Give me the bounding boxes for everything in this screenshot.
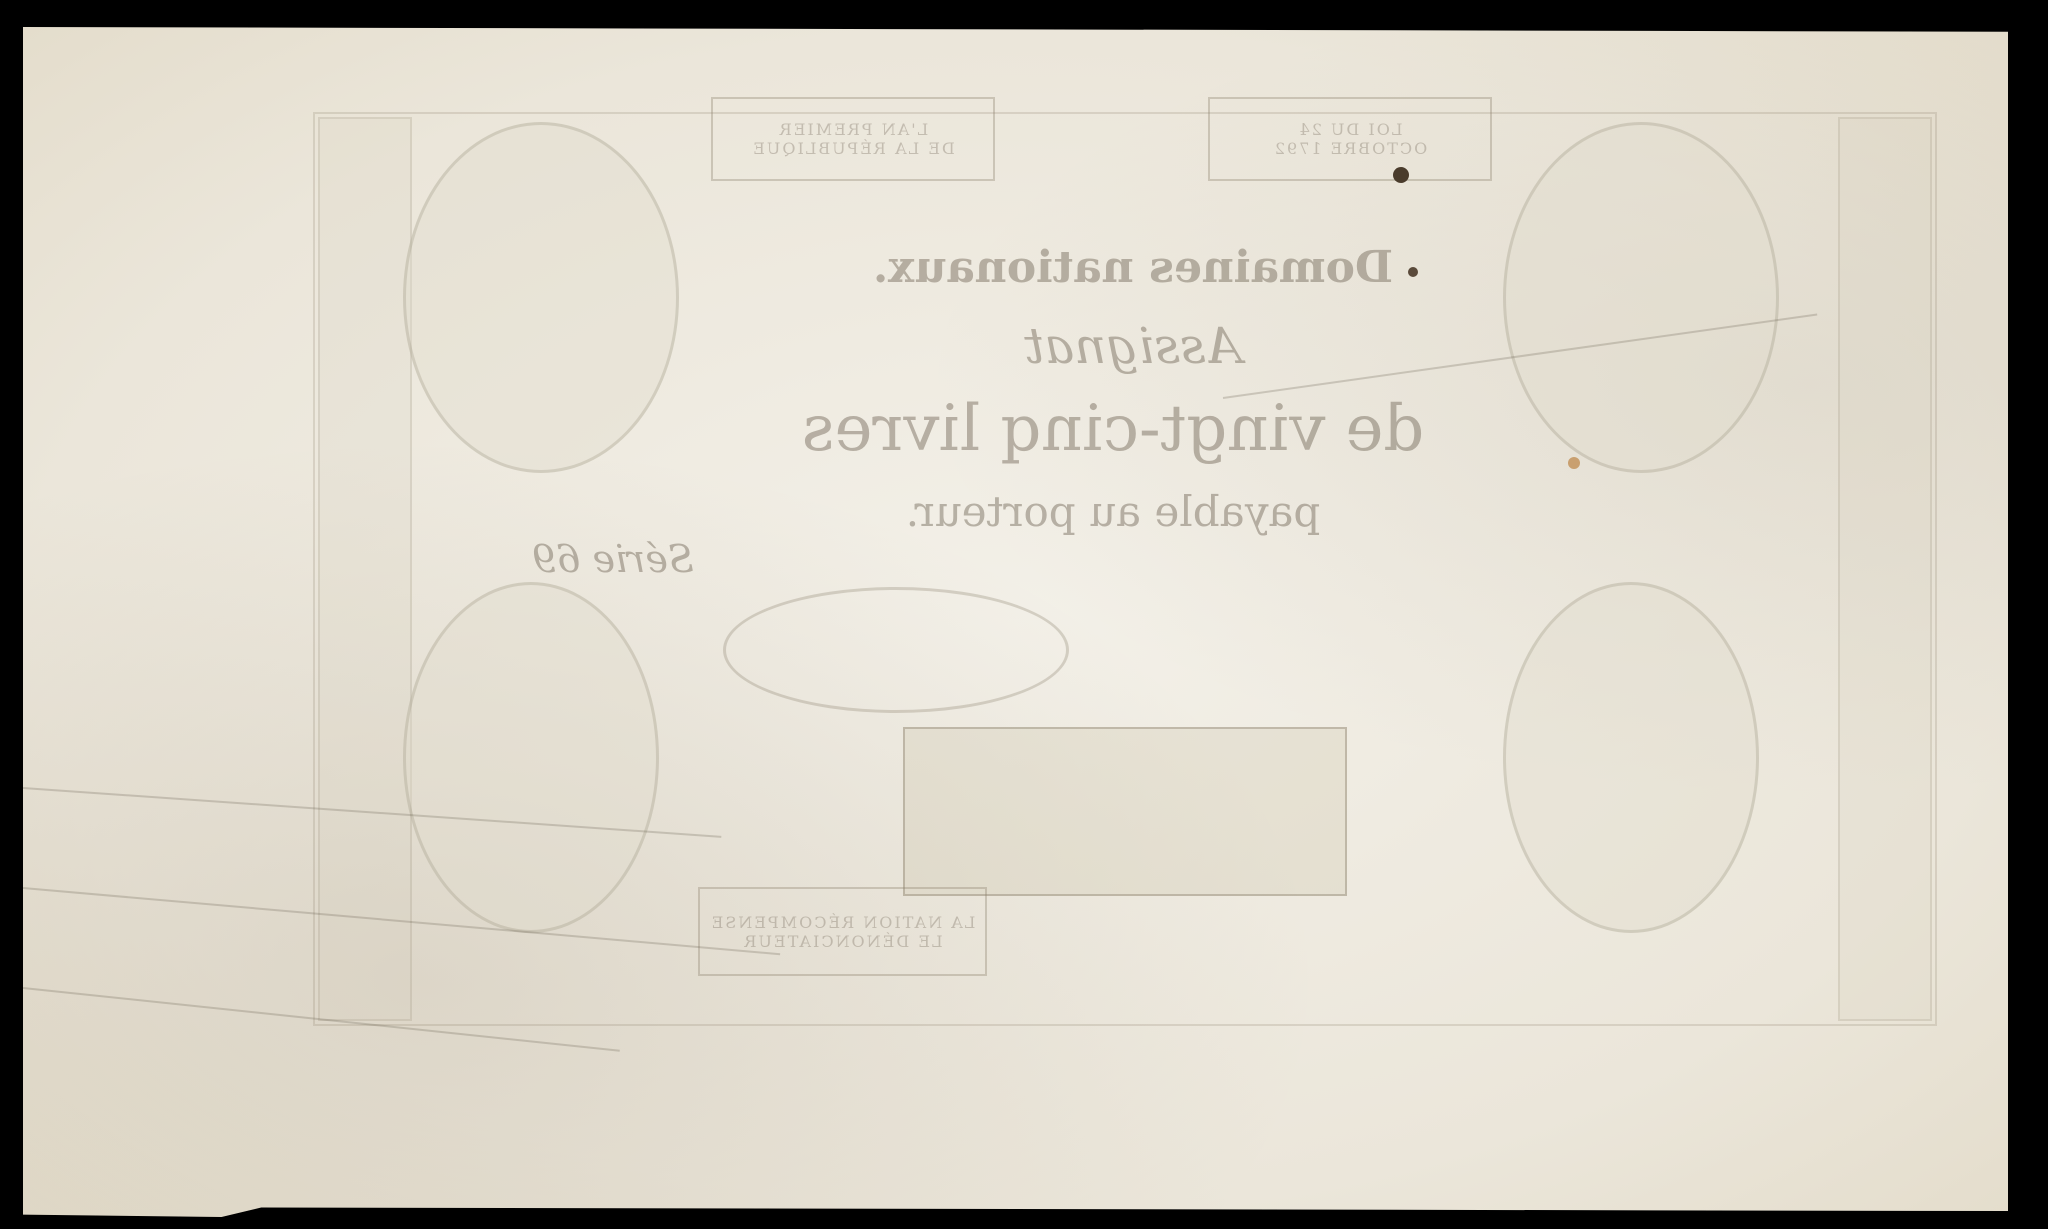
right-border-strip <box>1838 117 1932 1021</box>
footer-box: LA NATION RÉCOMPENSE LE DÉNONCIATEUR <box>698 887 987 976</box>
oval-medallion-bottom-right <box>1503 582 1759 933</box>
header-left-line1: L'AN PREMIER <box>778 120 929 139</box>
header-right-line2: OCTOBRE 1792 <box>1273 139 1427 158</box>
left-border-strip <box>318 117 412 1021</box>
dry-seal-rectangle <box>903 727 1347 896</box>
payable-text: payable au porteur. <box>853 487 1373 536</box>
header-right-line1: LOI DU 24 <box>1298 120 1403 139</box>
ink-spot <box>1393 167 1409 183</box>
stain-spot <box>1568 457 1580 469</box>
footer-line1: LA NATION RÉCOMPENSE <box>710 913 976 932</box>
denomination-text: de vingt-cinq livres <box>723 392 1503 466</box>
footer-line2: LE DÉNONCIATEUR <box>742 932 942 951</box>
series-text: Série 69 <box>453 537 773 581</box>
ink-spot <box>1408 267 1418 277</box>
domaines-nationaux-text: Domaines nationaux. <box>743 242 1523 293</box>
oval-medallion-top-left <box>403 122 679 473</box>
signature-flourish <box>723 587 1069 713</box>
header-box-right: LOI DU 24 OCTOBRE 1792 <box>1208 97 1492 181</box>
assignat-paper: L'AN PREMIER DE LA RÉPUBLIQUE LOI DU 24 … <box>23 27 2008 1217</box>
oval-medallion-bottom-left <box>403 582 659 933</box>
oval-medallion-top-right <box>1503 122 1779 473</box>
header-left-line2: DE LA RÉPUBLIQUE <box>751 139 955 158</box>
header-box-left: L'AN PREMIER DE LA RÉPUBLIQUE <box>711 97 995 181</box>
assignat-text: Assignat <box>923 317 1343 375</box>
